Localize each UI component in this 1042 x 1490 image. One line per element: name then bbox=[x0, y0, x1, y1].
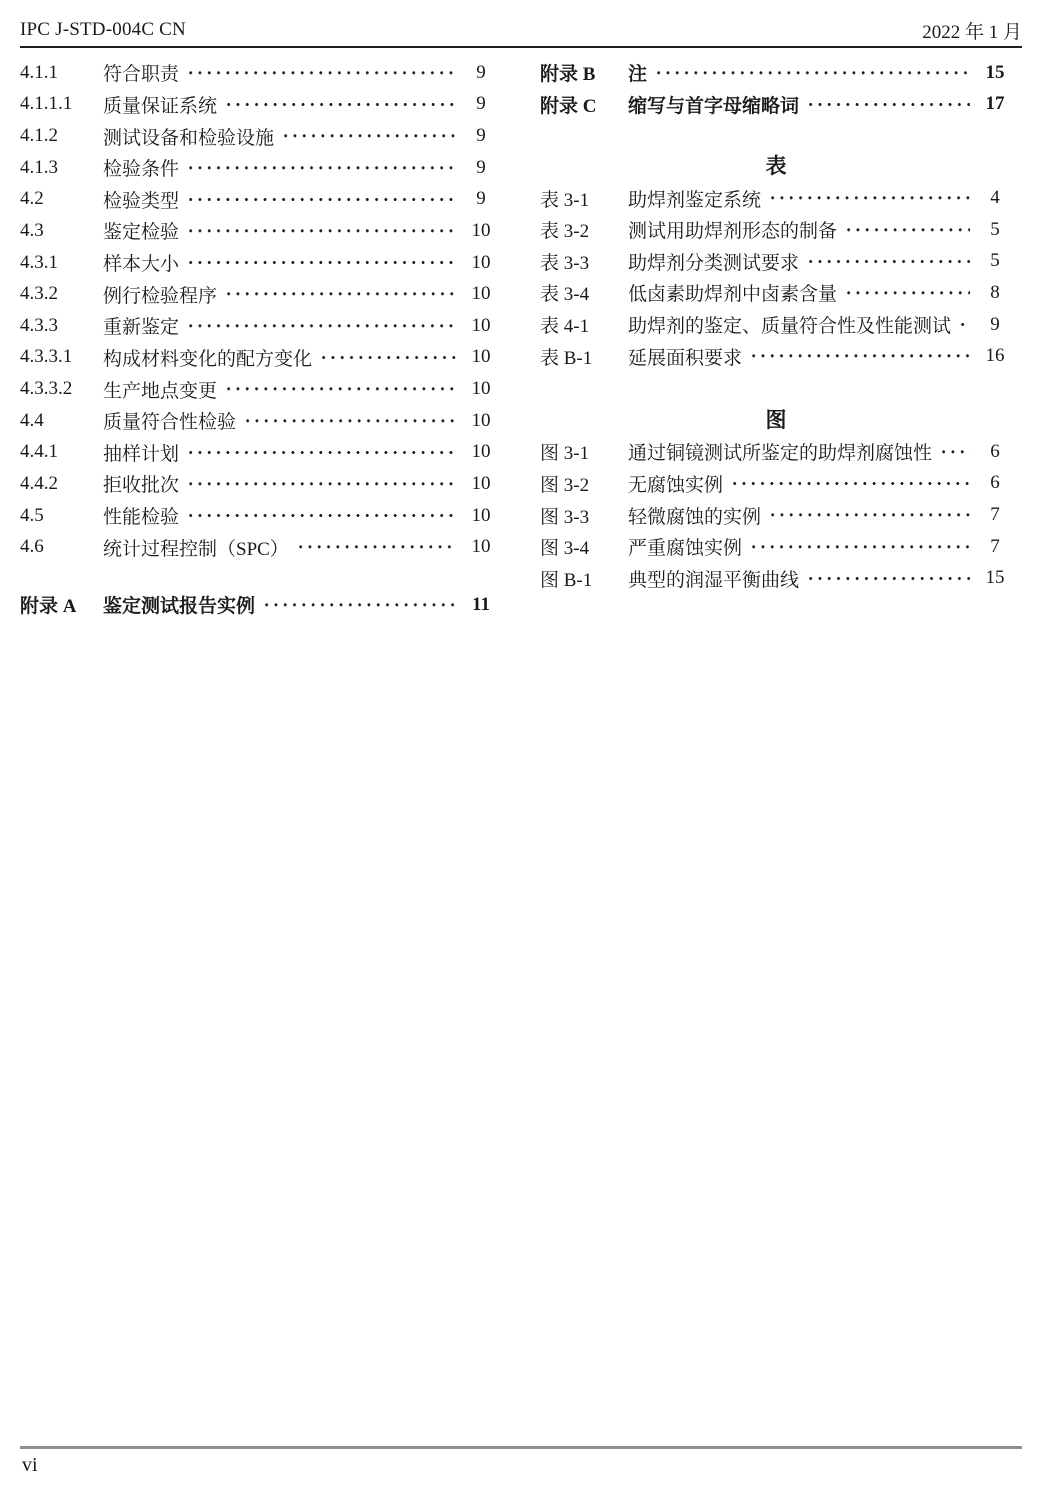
dot-leader bbox=[939, 436, 970, 468]
dot-leader bbox=[844, 277, 970, 309]
header-doc-id: IPC J-STD-004C CN bbox=[20, 19, 186, 41]
entry-number: 图 B-1 bbox=[540, 565, 628, 592]
entry-number: 4.5 bbox=[20, 505, 103, 527]
entry-title: 质量保证系统 bbox=[103, 91, 217, 118]
dot-leader bbox=[186, 57, 456, 89]
column-spacer bbox=[540, 372, 1012, 404]
toc-entry: 4.2检验类型9 bbox=[20, 184, 498, 216]
entry-title: 重新鉴定 bbox=[103, 312, 179, 339]
toc-entry: 4.4.1抽样计划10 bbox=[20, 437, 498, 469]
entry-number: 附录 B bbox=[540, 59, 628, 86]
entry-page: 11 bbox=[464, 594, 498, 616]
toc-entry: 4.1.3检验条件9 bbox=[20, 152, 498, 184]
dot-leader bbox=[749, 531, 970, 563]
entry-number: 表 3-2 bbox=[540, 216, 628, 243]
toc-right-column: 附录 B注15 附录 C缩写与首字母缩略词17 表 表 3-1助焊剂鉴定系统4 … bbox=[540, 57, 1012, 594]
entry-number: 4.6 bbox=[20, 536, 103, 558]
footer-page-number: vi bbox=[22, 1454, 38, 1477]
document-page: IPC J-STD-004C CN 2022 年 1 月 4.1.1符合职责9 … bbox=[0, 0, 1042, 1490]
entry-page: 15 bbox=[978, 567, 1012, 589]
entry-page: 5 bbox=[978, 250, 1012, 272]
dot-leader bbox=[186, 247, 456, 279]
entry-title: 助焊剂鉴定系统 bbox=[628, 185, 761, 212]
entry-page: 8 bbox=[978, 282, 1012, 304]
entry-title: 缩写与首字母缩略词 bbox=[628, 91, 799, 118]
entry-page: 10 bbox=[464, 536, 498, 558]
dot-leader bbox=[749, 340, 970, 372]
entry-title: 轻微腐蚀的实例 bbox=[628, 502, 761, 529]
entry-title: 典型的润湿平衡曲线 bbox=[628, 565, 799, 592]
dot-leader bbox=[654, 57, 970, 89]
entry-title: 符合职责 bbox=[103, 59, 179, 86]
entry-title: 检验类型 bbox=[103, 186, 179, 213]
entry-page: 16 bbox=[978, 345, 1012, 367]
toc-entry-table: 表 4-1助焊剂的鉴定、质量符合性及性能测试9 bbox=[540, 309, 1012, 341]
entry-title: 例行检验程序 bbox=[103, 281, 217, 308]
dot-leader bbox=[806, 563, 970, 595]
toc-entry-figure: 图 3-4严重腐蚀实例7 bbox=[540, 531, 1012, 563]
entry-title: 生产地点变更 bbox=[103, 376, 217, 403]
entry-title: 统计过程控制（SPC） bbox=[103, 534, 289, 561]
footer-rule bbox=[20, 1446, 1022, 1449]
entry-title: 助焊剂的鉴定、质量符合性及性能测试 bbox=[628, 311, 951, 338]
entry-number: 4.3.2 bbox=[20, 283, 103, 305]
entry-page: 10 bbox=[464, 283, 498, 305]
column-spacer bbox=[20, 563, 498, 589]
entry-page: 4 bbox=[978, 187, 1012, 209]
dot-leader bbox=[224, 373, 456, 405]
entry-page: 10 bbox=[464, 315, 498, 337]
dot-leader bbox=[319, 342, 456, 374]
dot-leader bbox=[224, 278, 456, 310]
dot-leader bbox=[186, 500, 456, 532]
toc-entry: 4.3.3重新鉴定10 bbox=[20, 310, 498, 342]
entry-number: 图 3-4 bbox=[540, 533, 628, 560]
entry-page: 10 bbox=[464, 410, 498, 432]
entry-number: 4.1.1.1 bbox=[20, 93, 103, 115]
entry-number: 图 3-1 bbox=[540, 438, 628, 465]
entry-title: 检验条件 bbox=[103, 154, 179, 181]
entry-page: 10 bbox=[464, 378, 498, 400]
entry-number: 4.1.2 bbox=[20, 125, 103, 147]
dot-leader bbox=[768, 499, 970, 531]
entry-number: 表 3-1 bbox=[540, 185, 628, 212]
dot-leader bbox=[730, 468, 970, 500]
toc-entry-appendix-a: 附录 A鉴定测试报告实例11 bbox=[20, 589, 498, 621]
entry-title: 测试设备和检验设施 bbox=[103, 123, 274, 150]
dot-leader bbox=[768, 182, 970, 214]
entry-page: 10 bbox=[464, 473, 498, 495]
toc-entry: 4.4.2拒收批次10 bbox=[20, 468, 498, 500]
dot-leader bbox=[186, 215, 456, 247]
toc-entry: 4.6统计过程控制（SPC）10 bbox=[20, 531, 498, 563]
entry-page: 10 bbox=[464, 505, 498, 527]
dot-leader bbox=[958, 309, 970, 341]
entry-title: 鉴定检验 bbox=[103, 217, 179, 244]
entry-number: 4.4.2 bbox=[20, 473, 103, 495]
dot-leader bbox=[224, 89, 456, 121]
entry-number: 表 B-1 bbox=[540, 343, 628, 370]
entry-page: 17 bbox=[978, 93, 1012, 115]
entry-page: 5 bbox=[978, 219, 1012, 241]
entry-page: 9 bbox=[464, 125, 498, 147]
dot-leader bbox=[186, 184, 456, 216]
toc-entry: 4.3.3.1构成材料变化的配方变化10 bbox=[20, 342, 498, 374]
entry-title: 抽样计划 bbox=[103, 439, 179, 466]
entry-page: 6 bbox=[978, 472, 1012, 494]
entry-number: 4.3 bbox=[20, 220, 103, 242]
entry-page: 10 bbox=[464, 220, 498, 242]
entry-page: 9 bbox=[978, 314, 1012, 336]
dot-leader bbox=[844, 214, 970, 246]
toc-left-column: 4.1.1符合职责9 4.1.1.1质量保证系统9 4.1.2测试设备和检验设施… bbox=[20, 57, 498, 621]
entry-number: 4.1.1 bbox=[20, 62, 103, 84]
entry-number: 4.4.1 bbox=[20, 441, 103, 463]
dot-leader bbox=[806, 246, 970, 278]
entry-page: 9 bbox=[464, 157, 498, 179]
toc-entry: 4.5性能检验10 bbox=[20, 500, 498, 532]
dot-leader bbox=[243, 405, 456, 437]
entry-title: 鉴定测试报告实例 bbox=[103, 591, 255, 618]
toc-entry-figure: 图 3-3轻微腐蚀的实例7 bbox=[540, 499, 1012, 531]
entry-number: 图 3-3 bbox=[540, 502, 628, 529]
toc-entry-table: 表 B-1延展面积要求16 bbox=[540, 340, 1012, 372]
dot-leader bbox=[806, 89, 970, 121]
entry-page: 10 bbox=[464, 252, 498, 274]
entry-number: 附录 A bbox=[20, 591, 103, 618]
toc-entry-table: 表 3-1助焊剂鉴定系统4 bbox=[540, 182, 1012, 214]
entry-number: 4.2 bbox=[20, 188, 103, 210]
dot-leader bbox=[186, 437, 456, 469]
entry-page: 7 bbox=[978, 536, 1012, 558]
entry-title: 延展面积要求 bbox=[628, 343, 742, 370]
entry-number: 表 3-4 bbox=[540, 279, 628, 306]
toc-entry-appendix-b: 附录 B注15 bbox=[540, 57, 1012, 89]
tables-heading: 表 bbox=[540, 150, 1012, 182]
toc-entry-figure: 图 3-1通过铜镜测试所鉴定的助焊剂腐蚀性6 bbox=[540, 436, 1012, 468]
toc-entry: 4.3.1样本大小10 bbox=[20, 247, 498, 279]
entry-title: 严重腐蚀实例 bbox=[628, 533, 742, 560]
dot-leader bbox=[262, 589, 456, 621]
entry-page: 10 bbox=[464, 441, 498, 463]
entry-title: 无腐蚀实例 bbox=[628, 470, 723, 497]
entry-title: 通过铜镜测试所鉴定的助焊剂腐蚀性 bbox=[628, 438, 932, 465]
entry-number: 图 3-2 bbox=[540, 470, 628, 497]
entry-page: 6 bbox=[978, 441, 1012, 463]
entry-number: 表 4-1 bbox=[540, 311, 628, 338]
dot-leader bbox=[296, 531, 456, 563]
header-date: 2022 年 1 月 bbox=[922, 17, 1022, 44]
entry-number: 4.3.3 bbox=[20, 315, 103, 337]
toc-entry: 4.3.3.2生产地点变更10 bbox=[20, 373, 498, 405]
toc-entry: 4.1.1符合职责9 bbox=[20, 57, 498, 89]
entry-number: 4.3.3.1 bbox=[20, 346, 103, 368]
entry-number: 4.3.1 bbox=[20, 252, 103, 274]
toc-entry: 4.1.2测试设备和检验设施9 bbox=[20, 120, 498, 152]
dot-leader bbox=[186, 310, 456, 342]
toc-entry: 4.3鉴定检验10 bbox=[20, 215, 498, 247]
entry-number: 4.4 bbox=[20, 410, 103, 432]
entry-number: 4.1.3 bbox=[20, 157, 103, 179]
toc-entry-table: 表 3-4低卤素助焊剂中卤素含量8 bbox=[540, 277, 1012, 309]
entry-title: 低卤素助焊剂中卤素含量 bbox=[628, 279, 837, 306]
dot-leader bbox=[281, 120, 456, 152]
toc-entry: 4.4质量符合性检验10 bbox=[20, 405, 498, 437]
entry-page: 15 bbox=[978, 62, 1012, 84]
toc-entry-appendix-c: 附录 C缩写与首字母缩略词17 bbox=[540, 89, 1012, 121]
entry-title: 测试用助焊剂形态的制备 bbox=[628, 216, 837, 243]
entry-page: 7 bbox=[978, 504, 1012, 526]
entry-title: 助焊剂分类测试要求 bbox=[628, 248, 799, 275]
entry-title: 性能检验 bbox=[103, 502, 179, 529]
figures-heading: 图 bbox=[540, 404, 1012, 436]
entry-page: 9 bbox=[464, 62, 498, 84]
entry-number: 表 3-3 bbox=[540, 248, 628, 275]
toc-entry: 4.3.2例行检验程序10 bbox=[20, 278, 498, 310]
entry-title: 样本大小 bbox=[103, 249, 179, 276]
header-rule bbox=[20, 46, 1022, 48]
column-spacer bbox=[540, 120, 1012, 150]
entry-number: 4.3.3.2 bbox=[20, 378, 103, 400]
entry-title: 构成材料变化的配方变化 bbox=[103, 344, 312, 371]
toc-entry-figure: 图 3-2无腐蚀实例6 bbox=[540, 468, 1012, 500]
toc-entry-table: 表 3-3助焊剂分类测试要求5 bbox=[540, 246, 1012, 278]
toc-entry: 4.1.1.1质量保证系统9 bbox=[20, 89, 498, 121]
entry-title: 拒收批次 bbox=[103, 470, 179, 497]
dot-leader bbox=[186, 152, 456, 184]
entry-number: 附录 C bbox=[540, 91, 628, 118]
entry-page: 9 bbox=[464, 93, 498, 115]
entry-title: 质量符合性检验 bbox=[103, 407, 236, 434]
entry-page: 10 bbox=[464, 346, 498, 368]
entry-page: 9 bbox=[464, 188, 498, 210]
dot-leader bbox=[186, 468, 456, 500]
entry-title: 注 bbox=[628, 59, 647, 86]
toc-entry-figure: 图 B-1典型的润湿平衡曲线15 bbox=[540, 563, 1012, 595]
toc-entry-table: 表 3-2测试用助焊剂形态的制备5 bbox=[540, 214, 1012, 246]
